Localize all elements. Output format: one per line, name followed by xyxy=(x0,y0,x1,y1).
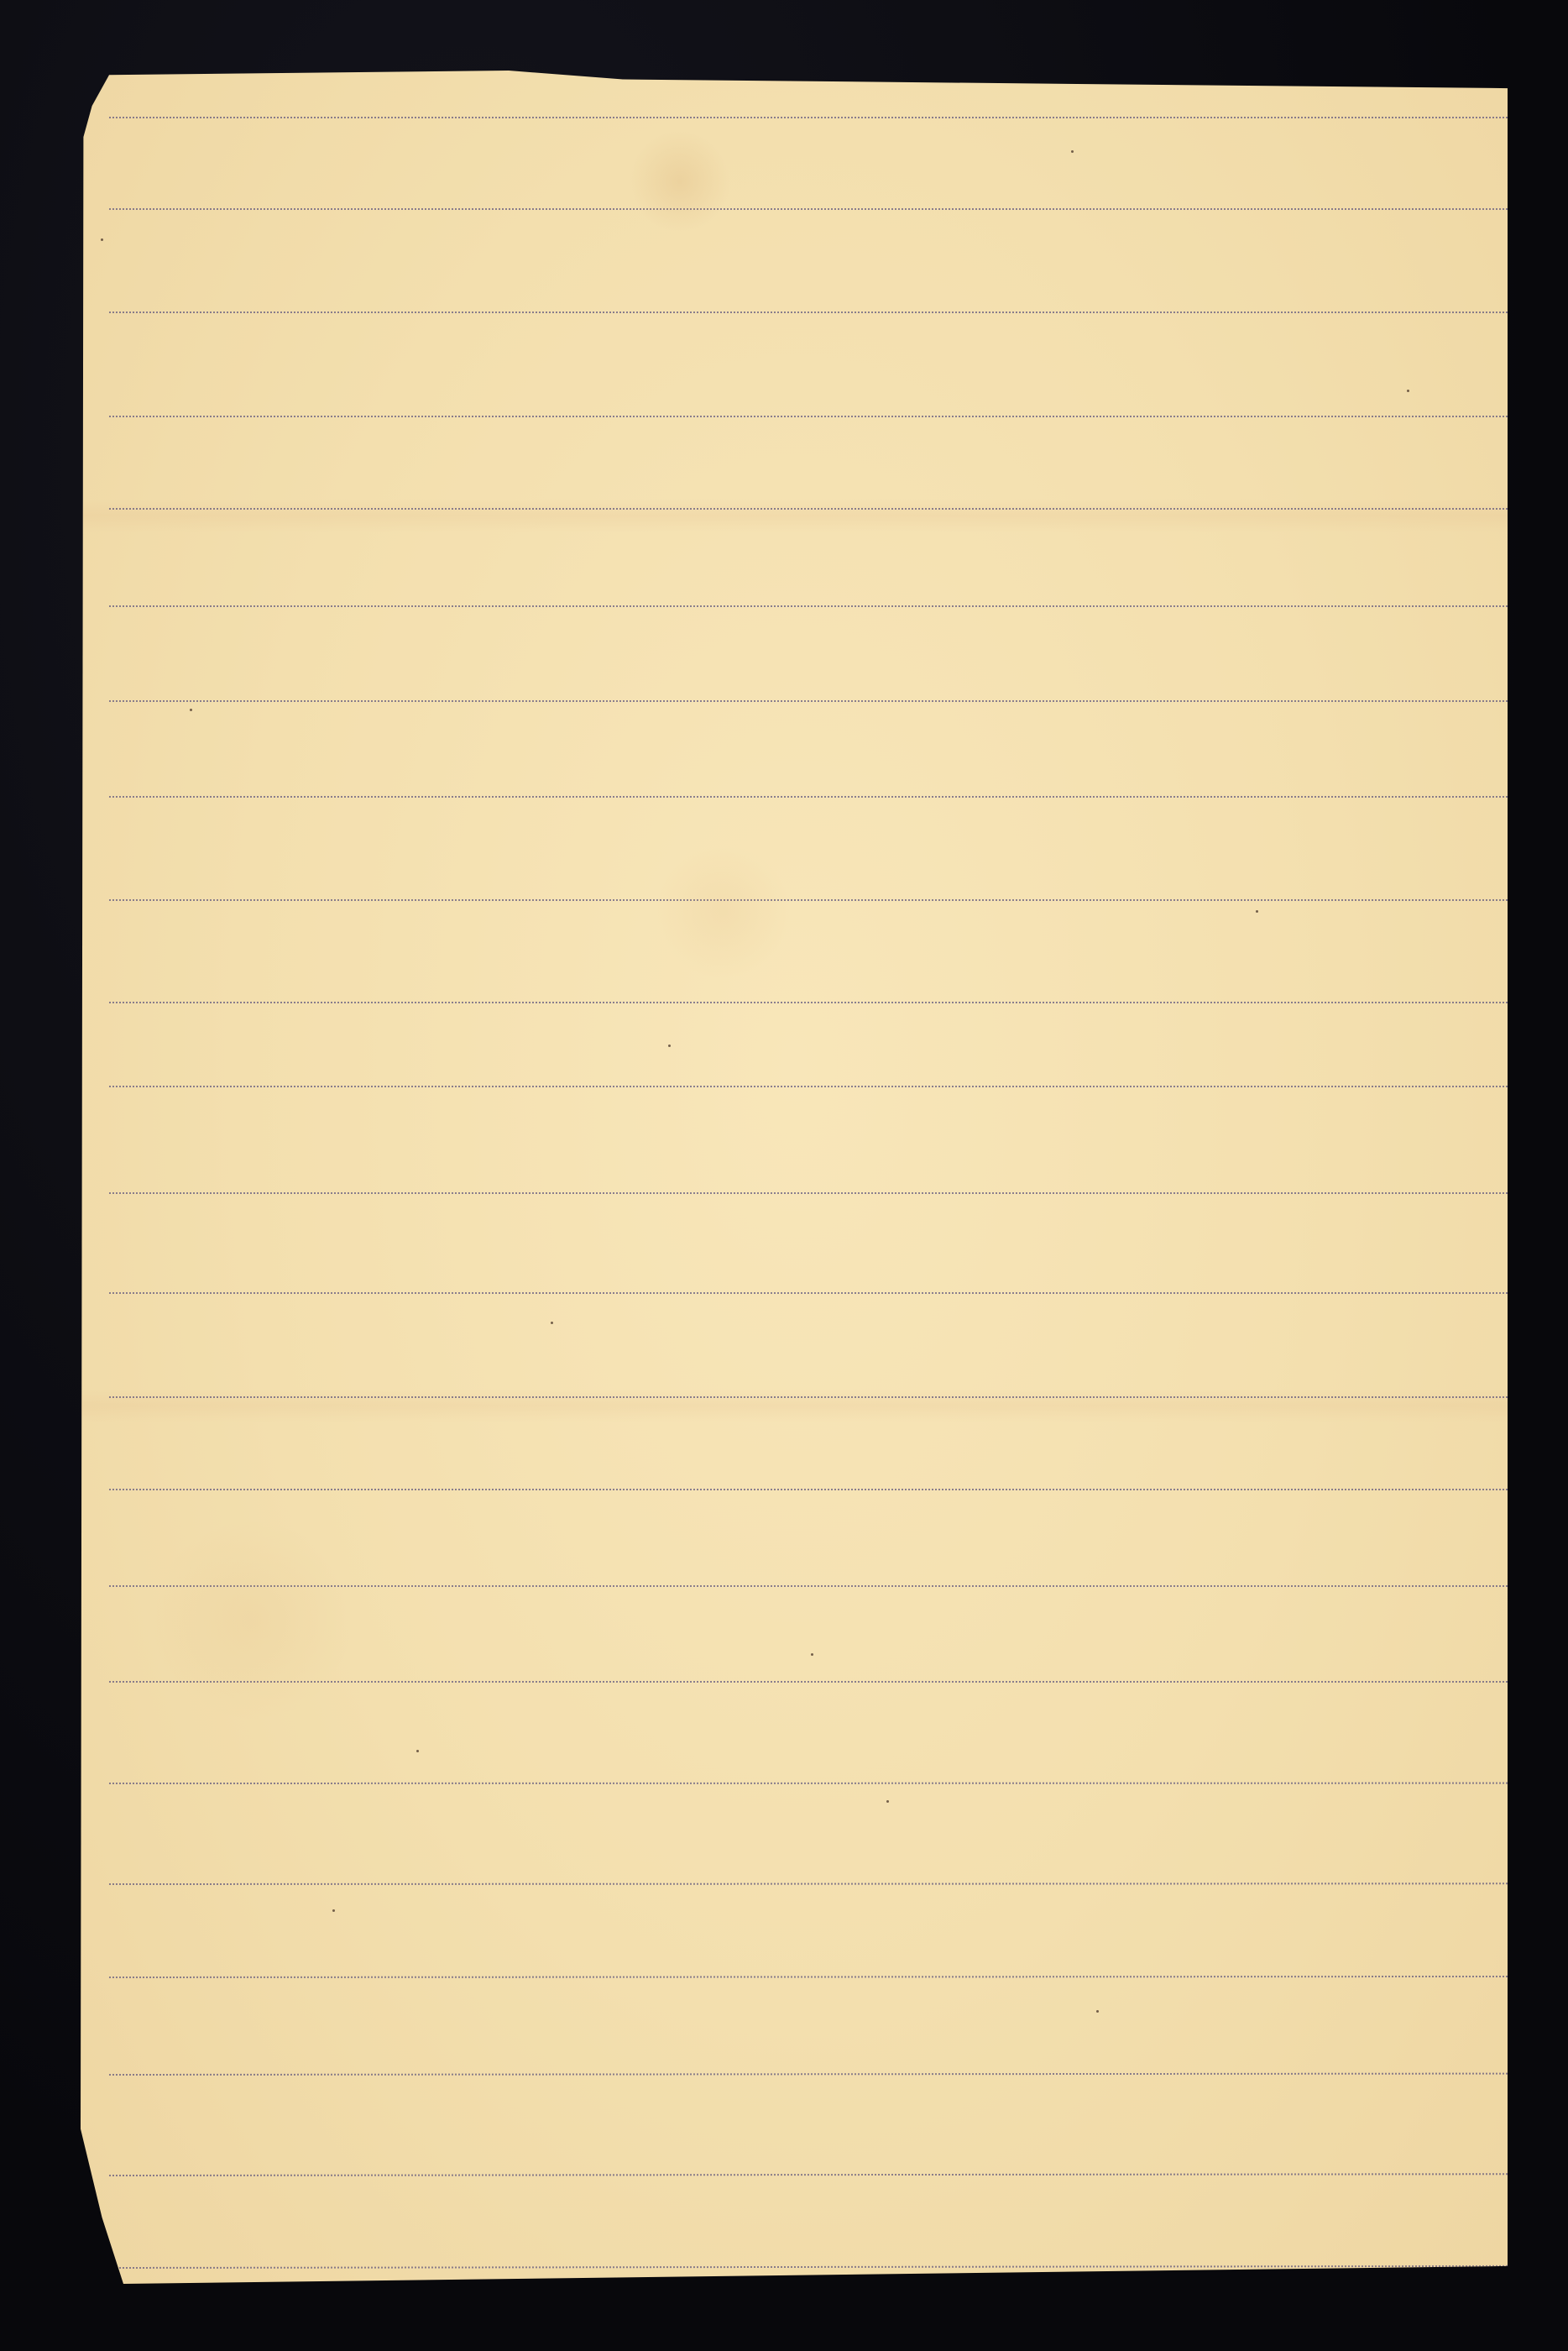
paper-speck xyxy=(668,1045,671,1047)
paper-speck xyxy=(1256,910,1258,913)
paper-fold-crease xyxy=(81,499,1508,532)
ruled-line xyxy=(109,1192,1508,1194)
paper-speck xyxy=(551,1322,553,1324)
ruled-line xyxy=(109,1681,1508,1683)
ruled-line xyxy=(109,2073,1508,2076)
ruled-line xyxy=(109,1976,1508,1978)
ruled-line xyxy=(109,899,1508,901)
ruled-line xyxy=(109,700,1508,702)
paper-speck xyxy=(1096,2010,1099,2013)
ruled-line xyxy=(109,1086,1508,1087)
paper-speck xyxy=(886,1800,889,1803)
ruled-line xyxy=(109,1489,1508,1490)
ruled-line xyxy=(109,796,1508,798)
ruled-line xyxy=(109,117,1508,118)
paper-speck xyxy=(332,1909,335,1912)
ruled-line xyxy=(109,416,1508,417)
ruled-line xyxy=(109,312,1508,313)
ruled-line xyxy=(109,1396,1508,1398)
paper-speck xyxy=(811,1653,813,1656)
paper-speck xyxy=(101,238,103,241)
ruled-line xyxy=(109,1882,1508,1885)
ruled-line xyxy=(109,1783,1508,1784)
ruled-line xyxy=(109,2173,1508,2176)
paper-speck xyxy=(190,709,192,711)
paper-speck xyxy=(1407,390,1409,392)
ruled-line xyxy=(109,605,1508,607)
paper-speck xyxy=(416,1750,419,1752)
ruled-line xyxy=(109,208,1508,210)
ruled-line xyxy=(109,508,1508,510)
ruled-line xyxy=(109,2265,1508,2269)
paper-fold-crease xyxy=(81,1389,1508,1422)
ruled-line xyxy=(109,1585,1508,1587)
ruled-line xyxy=(109,1002,1508,1003)
paper-speck xyxy=(1071,150,1074,153)
ruled-paper-sheet xyxy=(81,71,1508,2284)
ruled-line xyxy=(109,1292,1508,1294)
